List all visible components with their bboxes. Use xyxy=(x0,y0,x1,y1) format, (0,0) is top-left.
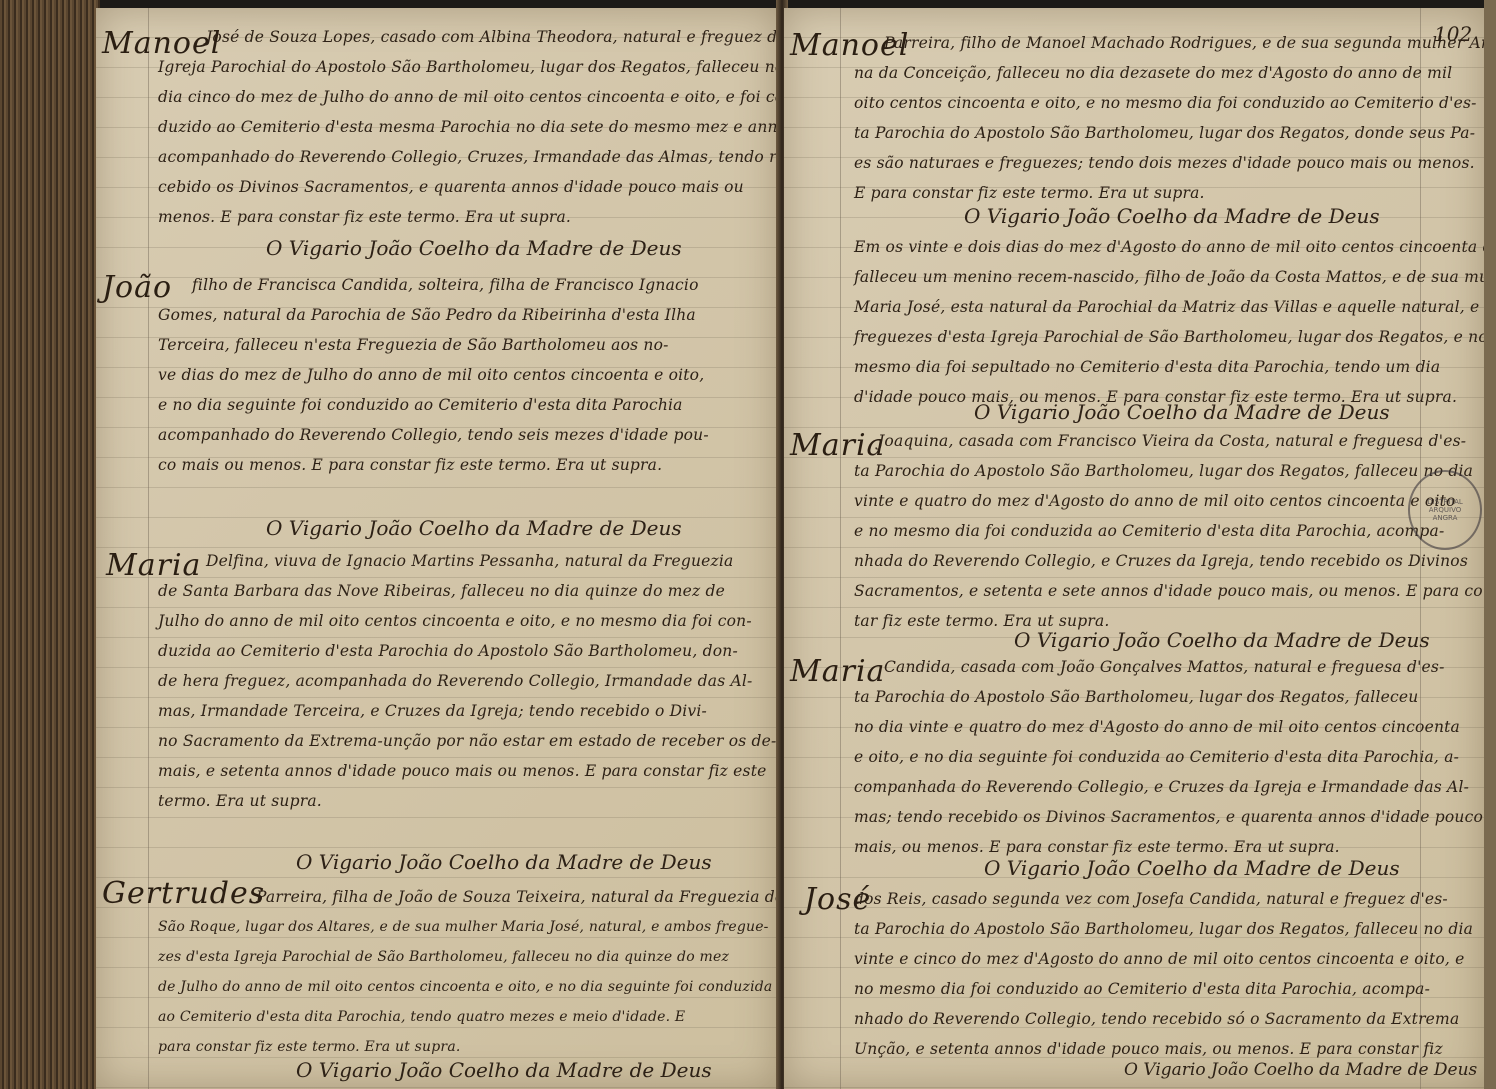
vicar-signature: O Vigario João Coelho da Madre de Deus xyxy=(266,516,682,540)
entry-text: José de Souza Lopes, casado com Albina T… xyxy=(206,22,815,232)
vicar-signature: O Vigario João Coelho da Madre de Deus xyxy=(964,204,1380,228)
entry-line: no dia vinte e quatro do mez d'Agosto do… xyxy=(854,712,1483,742)
entry-line: na da Conceição, falleceu no dia dezaset… xyxy=(854,58,1496,88)
entry-line: de hera freguez, acompanhada do Reverend… xyxy=(158,666,776,696)
entry-line: Igreja Parochial do Apostolo São Barthol… xyxy=(158,52,815,82)
entry-line: freguezes d'esta Igreja Parochial de São… xyxy=(854,322,1496,352)
entry-text: Parreira, filha de João de Souza Teixeir… xyxy=(256,882,784,1062)
entry-text: Delfina, viuva de Ignacio Martins Pessan… xyxy=(206,546,776,816)
vicar-signature: O Vigario João Coelho da Madre de Deus xyxy=(984,856,1400,880)
entry-line: Sacramentos, e setenta e sete annos d'id… xyxy=(854,576,1496,606)
entry-text: Joaquina, casada com Francisco Vieira da… xyxy=(878,426,1496,636)
entry-line: ta Parochia do Apostolo São Bartholomeu,… xyxy=(854,456,1496,486)
entry-line: co mais ou menos. E para constar fiz est… xyxy=(158,450,709,480)
entry-line: nhada do Reverendo Collegio, e Cruzes da… xyxy=(854,546,1496,576)
entry-text: filho de Francisca Candida, solteira, fi… xyxy=(192,270,709,480)
entry-line: ve dias do mez de Julho do anno de mil o… xyxy=(158,360,709,390)
left-page: Manoel José de Souza Lopes, casado com A… xyxy=(96,8,778,1089)
entry-line: vinte e quatro do mez d'Agosto do anno d… xyxy=(854,486,1496,516)
book-page-edges-right xyxy=(1484,0,1496,1089)
entry-line: Gomes, natural da Parochia de São Pedro … xyxy=(158,300,709,330)
entry-line: no mesmo dia foi conduzido ao Cemiterio … xyxy=(854,974,1473,1004)
entry-line: de Julho do anno de mil oito centos cinc… xyxy=(158,972,784,1002)
entry-line: de Santa Barbara das Nove Ribeiras, fall… xyxy=(158,576,776,606)
entry-line: Em os vinte e dois dias do mez d'Agosto … xyxy=(854,232,1496,262)
entry-line: mais, e setenta annos d'idade pouco mais… xyxy=(158,756,776,786)
margin-rule xyxy=(840,8,841,1089)
entry-text: Em os vinte e dois dias do mez d'Agosto … xyxy=(854,232,1496,412)
entry-line: menos. E para constar fiz este termo. Er… xyxy=(158,202,815,232)
vicar-signature: O Vigario João Coelho da Madre de Deus xyxy=(296,850,712,874)
vicar-signature: O Vigario João Coelho da Madre de Deus xyxy=(296,1058,712,1082)
entry-line: no Sacramento da Extrema-unção por não e… xyxy=(158,726,776,756)
stamp-text: ANGRA xyxy=(1433,514,1458,522)
entry-line: vinte e cinco do mez d'Agosto do anno de… xyxy=(854,944,1473,974)
book-page-edges-left xyxy=(0,0,100,1089)
entry-line: Joaquina, casada com Francisco Vieira da… xyxy=(878,426,1496,456)
entry-line: zes d'esta Igreja Parochial de São Barth… xyxy=(158,942,784,972)
entry-line: dos Reis, casado segunda vez com Josefa … xyxy=(854,884,1473,914)
entry-line: mas, Irmandade Terceira, e Cruzes da Igr… xyxy=(158,696,776,726)
entry-name: Gertrudes xyxy=(102,876,265,911)
entry-line: filho de Francisca Candida, solteira, fi… xyxy=(192,270,709,300)
vicar-signature: O Vigario João Coelho da Madre de Deus xyxy=(266,236,682,260)
entry-line: Parreira, filha de João de Souza Teixeir… xyxy=(256,882,784,912)
right-page: 102 Manoel Parreira, filho de Manoel Mac… xyxy=(784,8,1484,1089)
entry-line: es são naturaes e freguezes; tendo dois … xyxy=(854,148,1496,178)
entry-line: mas; tendo recebido os Divinos Sacrament… xyxy=(854,802,1483,832)
vicar-signature: O Vigario João Coelho da Madre de Deus xyxy=(1014,628,1430,652)
entry-line: termo. Era ut supra. xyxy=(158,786,776,816)
entry-line: acompanhado do Reverendo Collegio, Cruze… xyxy=(158,142,815,172)
entry-text: Candida, casada com João Gonçalves Matto… xyxy=(884,652,1483,862)
entry-text: Parreira, filho de Manoel Machado Rodrig… xyxy=(884,28,1496,208)
entry-line: duzido ao Cemiterio d'esta mesma Parochi… xyxy=(158,112,815,142)
stamp-text: DISTRITAL xyxy=(1427,498,1463,506)
entry-line: companhada do Reverendo Collegio, e Cruz… xyxy=(854,772,1483,802)
entry-line: falleceu um menino recem-nascido, filho … xyxy=(854,262,1496,292)
entry-line: nhado do Reverendo Collegio, tendo receb… xyxy=(854,1004,1473,1034)
entry-line: ta Parochia do Apostolo São Bartholomeu,… xyxy=(854,914,1473,944)
entry-line: Delfina, viuva de Ignacio Martins Pessan… xyxy=(206,546,776,576)
archive-stamp: DISTRITAL ARQUIVO ANGRA xyxy=(1408,470,1482,550)
entry-line: Candida, casada com João Gonçalves Matto… xyxy=(884,652,1483,682)
entry-line: oito centos cincoenta e oito, e no mesmo… xyxy=(854,88,1496,118)
entry-line: Terceira, falleceu n'esta Freguezia de S… xyxy=(158,330,709,360)
entry-line: Maria José, esta natural da Parochial da… xyxy=(854,292,1496,322)
vicar-signature: O Vigario João Coelho da Madre de Deus xyxy=(1124,1060,1477,1080)
vicar-signature: O Vigario João Coelho da Madre de Deus xyxy=(974,400,1390,424)
entry-line: e no mesmo dia foi conduzida ao Cemiteri… xyxy=(854,516,1496,546)
entry-line: e oito, e no dia seguinte foi conduzida … xyxy=(854,742,1483,772)
entry-line: e no dia seguinte foi conduzido ao Cemit… xyxy=(158,390,709,420)
entry-line: São Roque, lugar dos Altares, e de sua m… xyxy=(158,912,784,942)
entry-line: ta Parochia do Apostolo São Bartholomeu,… xyxy=(854,118,1496,148)
entry-line: mesmo dia foi sepultado no Cemiterio d'e… xyxy=(854,352,1496,382)
entry-line: duzida ao Cemiterio d'esta Parochia do A… xyxy=(158,636,776,666)
entry-line: ta Parochia do Apostolo São Bartholomeu,… xyxy=(854,682,1483,712)
open-register-book: Manoel José de Souza Lopes, casado com A… xyxy=(0,0,1496,1089)
entry-line: acompanhado do Reverendo Collegio, tendo… xyxy=(158,420,709,450)
stamp-text: ARQUIVO xyxy=(1429,506,1462,514)
entry-line: Julho do anno de mil oito centos cincoen… xyxy=(158,606,776,636)
entry-line: cebido os Divinos Sacramentos, e quarent… xyxy=(158,172,815,202)
entry-line: José de Souza Lopes, casado com Albina T… xyxy=(206,22,815,52)
entry-line: Parreira, filho de Manoel Machado Rodrig… xyxy=(884,28,1496,58)
entry-line: ao Cemiterio d'esta dita Parochia, tendo… xyxy=(158,1002,784,1032)
entry-text: dos Reis, casado segunda vez com Josefa … xyxy=(854,884,1473,1064)
entry-line: dia cinco do mez de Julho do anno de mil… xyxy=(158,82,815,112)
